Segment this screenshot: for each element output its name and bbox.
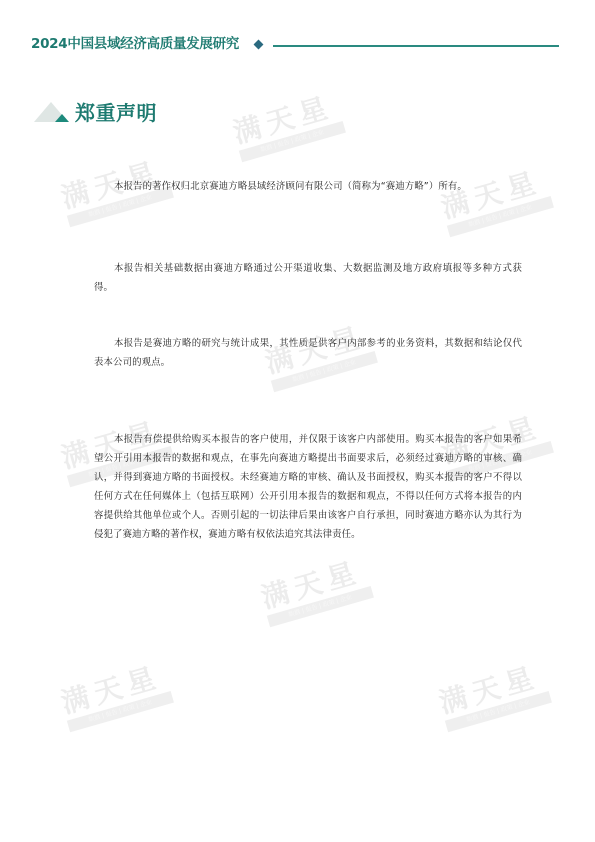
watermark: 满天星 数据 | 报告 | 政策 | 企业 [230, 90, 346, 162]
watermark: 满天星 数据 | 报告 | 政策 | 企业 [436, 660, 552, 732]
usage-restriction-paragraph: 本报告有偿提供给购买本报告的客户使用，并仅限于该客户内部使用。购买本报告的客户如… [94, 430, 522, 544]
data-source-paragraph: 本报告相关基础数据由赛迪方略通过公开渠道收集、大数据监测及地方政府填报等多种方式… [94, 259, 522, 297]
watermark: 满天星 数据 | 报告 | 政策 | 企业 [258, 555, 374, 627]
nature-paragraph: 本报告是赛迪方略的研究与统计成果，其性质是供客户内部参考的业务资料，其数据和结论… [94, 334, 522, 372]
report-title: 2024中国县域经济高质量发展研究 [31, 36, 239, 52]
section-title: 郑重声明 [75, 101, 157, 125]
mountain-triangle-icon [34, 100, 72, 124]
watermark: 满天星 数据 | 报告 | 政策 | 企业 [58, 660, 174, 732]
diamond-icon [254, 40, 264, 50]
header-divider [273, 45, 559, 47]
copyright-paragraph: 本报告的著作权归北京赛迪方略县域经济顾问有限公司（简称为“赛迪方略”）所有。 [114, 177, 524, 196]
